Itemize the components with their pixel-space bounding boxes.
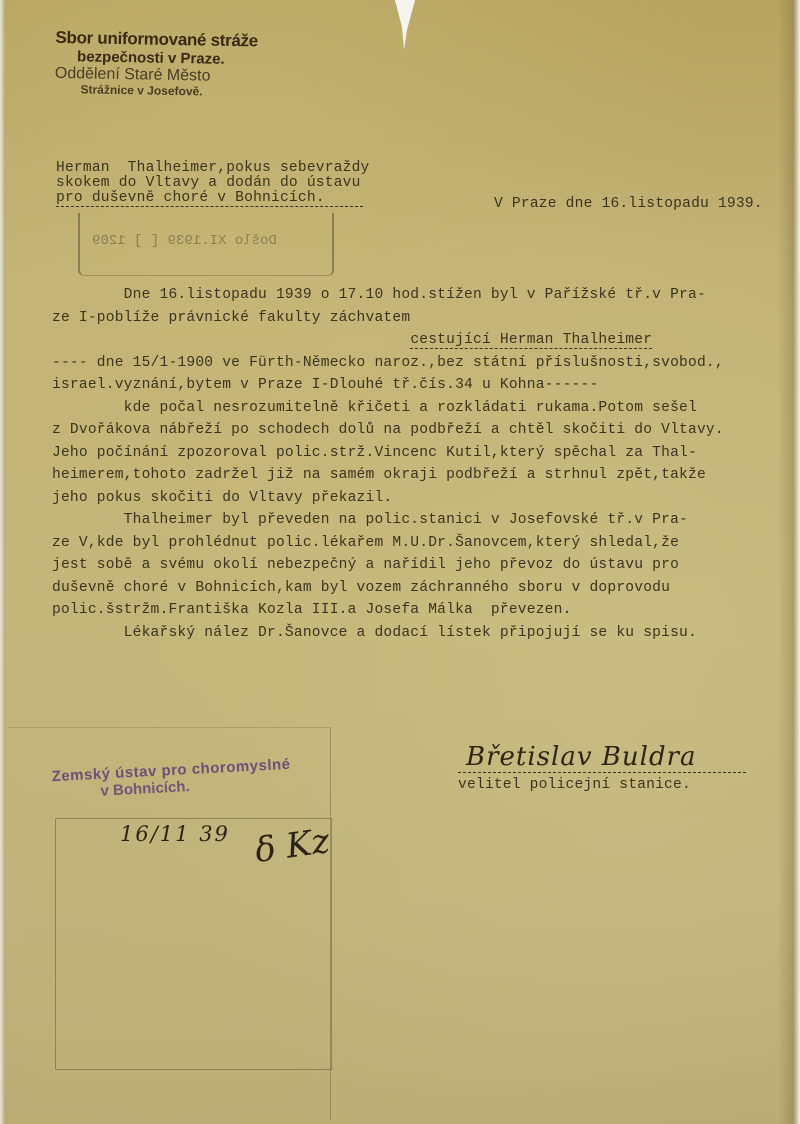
subject-block: Herman Thalheimer,pokus sebevraždyskokem…: [56, 161, 370, 207]
header-stamp: Sbor uniformované stráže bezpečnosti v P…: [54, 28, 295, 101]
body-line: ze I-poblíže právnické fakulty záchvatem: [52, 307, 724, 330]
body-line: duševně choré v Bohnicích,kam byl vozem …: [52, 577, 724, 600]
body-line: z Dvořákova nábřeží po schodech dolů na …: [52, 419, 724, 442]
signature-block: Břetislav Buldra velitel policejní stani…: [458, 742, 746, 793]
body-line: Jeho počínání zpozoroval polic.strž.Vinc…: [52, 442, 724, 465]
signature-title: velitel policejní stanice.: [458, 777, 746, 793]
indent: [52, 332, 410, 348]
subject-line2: skokem do Vltavy a dodán do ústavu: [56, 176, 370, 191]
body-line: polic.šstržm.Františka Kozla III.a Josef…: [52, 599, 724, 622]
paper-edge-left: [0, 0, 6, 1124]
body-line: jest sobě a svému okolí nebezpečný a nař…: [52, 554, 724, 577]
body-line: cestující Herman Thalheimer: [52, 329, 724, 352]
handwritten-signature: Břetislav Buldra: [458, 742, 746, 773]
report-body: Dne 16.listopadu 1939 o 17.10 hod.stížen…: [52, 284, 724, 644]
body-line: heimerem,tohoto zadržel již na samém okr…: [52, 464, 724, 487]
date-line: V Praze dne 16.listopadu 1939.: [494, 196, 763, 212]
subject-line3: pro duševně choré v Bohnicích.: [56, 191, 363, 207]
subject-line1: Herman Thalheimer,pokus sebevraždy: [56, 161, 370, 176]
received-stamp-mirrored: Došlo XI.1939 [ ] 1209: [92, 233, 277, 249]
body-line: ze V,kde byl prohlédnut polic.lékařem M.…: [52, 532, 724, 555]
handwritten-receipt-date: 16/11 39: [120, 822, 230, 846]
traveler-name: cestující Herman Thalheimer: [410, 332, 652, 349]
body-line: Thalheimer byl převeden na polic.stanici…: [52, 509, 724, 532]
body-line: jeho pokus skočiti do Vltavy překazil.: [52, 487, 724, 510]
paper-edge-right: [778, 0, 800, 1124]
body-line: ---- dne 15/1-1900 ve Fürth-Německo naro…: [52, 352, 724, 375]
body-line: Dne 16.listopadu 1939 o 17.10 hod.stížen…: [52, 284, 724, 307]
body-line: Lékařský nález Dr.Šanovce a dodací líste…: [52, 622, 724, 645]
body-line: kde počal nesrozumitelně křičeti a rozkl…: [52, 397, 724, 420]
body-line: israel.vyznání,bytem v Praze I-Dlouhé tř…: [52, 374, 724, 397]
